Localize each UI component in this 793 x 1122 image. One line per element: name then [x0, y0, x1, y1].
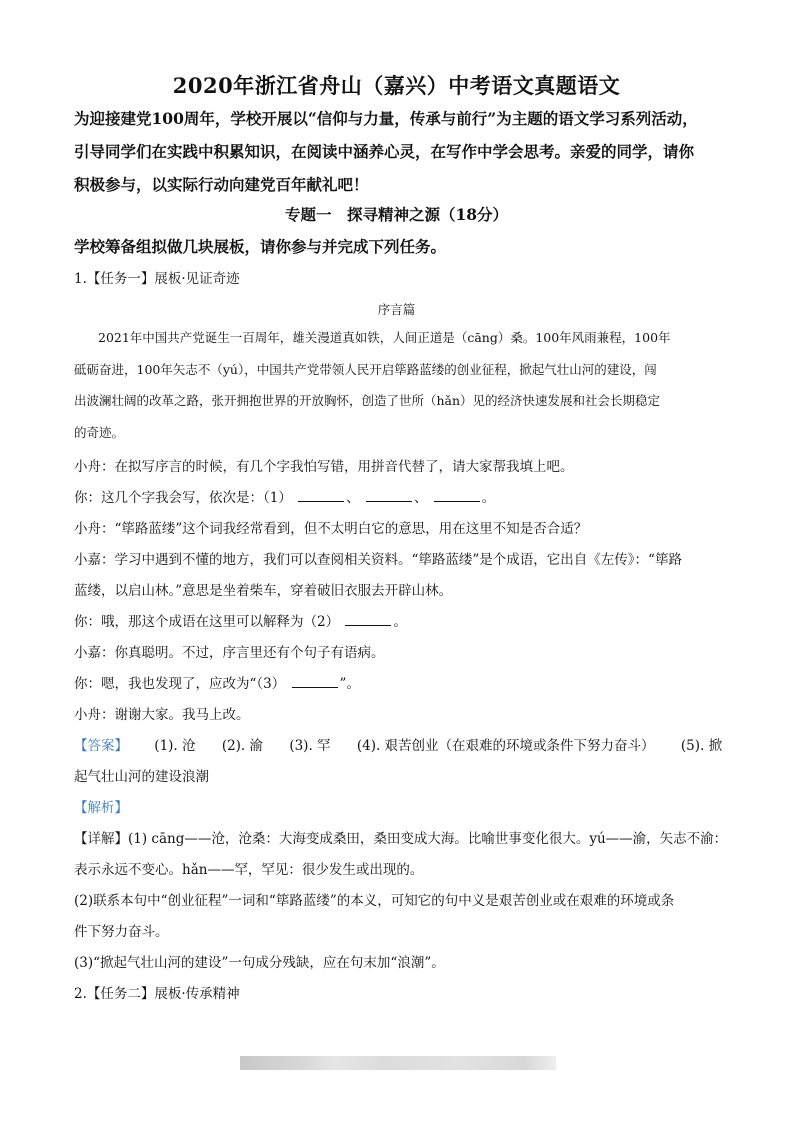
dialogue-prefix: 你：嗯，我也发现了，应改为“（3） [74, 676, 285, 692]
analysis-line-5: (3)“掀起气壮山河的建设”一句成分残缺，应在句末加“浪潮”。 [74, 951, 724, 971]
end-punct: ”。 [340, 676, 360, 692]
document-title: 2020年浙江省舟山（嘉兴）中考语文真题语文 [0, 70, 793, 100]
blank-1a[interactable] [298, 489, 344, 502]
dialogue-line-9: 小舟：谢谢大家。我马上改。 [74, 703, 724, 723]
answer-item-2: (2). 渝 [222, 734, 263, 754]
dialogue-line-6: 你：哦，那这个成语在这里可以解释为（2） 。 [74, 610, 724, 630]
task2-heading: 2.【任务二】展板·传承精神 [74, 982, 724, 1002]
document-page: 2020年浙江省舟山（嘉兴）中考语文真题语文 为迎接建党100周年，学校开展以“… [0, 0, 793, 1122]
blank-1c[interactable] [434, 489, 480, 502]
blank-2[interactable] [345, 613, 391, 626]
task1-heading: 1.【任务一】展板·见证奇迹 [74, 267, 724, 287]
answer-item-3: (3). 罕 [289, 734, 330, 754]
intro-line-1: 为迎接建党100周年，学校开展以“信仰与力量，传承与前行”为主题的语文学习系列活… [74, 107, 724, 129]
dialogue-line-3: 小舟：“筚路蓝缕”这个词我经常看到，但不太明白它的意思，用在这里不知是否合适？ [74, 517, 724, 537]
dialogue-line-2: 你：这几个字我会写，依次是：（1） 、 、 。 [74, 486, 724, 506]
dialogue-line-4: 小嘉：学习中遇到不懂的地方，我们可以查阅相关资料。“筚路蓝缕”是个成语，它出自《… [74, 548, 724, 568]
blank-3[interactable] [292, 675, 338, 688]
answer-label: 【答案】 [74, 738, 128, 754]
preface-line-2: 砥砺奋进，100年矢志不（yú），中国共产党带领人民开启筚路蓝缕的创业征程，掀起… [74, 360, 724, 378]
analysis-label: 【解析】 [74, 796, 724, 816]
section-instruction: 学校筹备组拟做几块展板，请你参与并完成下列任务。 [74, 235, 724, 257]
dialogue-prefix: 你：哦，那这个成语在这里可以解释为（2） [74, 614, 339, 630]
answer-item-5: (5). 掀 [681, 734, 722, 754]
preface-line-1: 2021年中国共产党诞生一百周年，雄关漫道真如铁，人间正道是（cāng）桑。10… [98, 328, 748, 346]
separator: 、 [346, 490, 360, 506]
dialogue-line-1: 小舟：在拟写序言的时候，有几个字我怕写错，用拼音代替了，请大家帮我填上吧。 [74, 455, 724, 475]
dialogue-prefix: 你：这几个字我会写，依次是：（1） [74, 490, 292, 506]
section-heading: 专题一 探寻精神之源（18分） [0, 203, 793, 225]
analysis-line-4: 件下努力奋斗。 [74, 920, 724, 940]
dialogue-line-5: 蓝缕，以启山林。”意思是坐着柴车，穿着破旧衣服去开辟山林。 [74, 579, 724, 599]
preface-line-4: 的奇迹。 [74, 423, 724, 441]
blank-1b[interactable] [366, 489, 412, 502]
answer-continuation: 起气壮山河的建设浪潮 [74, 765, 724, 785]
end-punct: 。 [393, 614, 407, 630]
dialogue-line-7: 小嘉：你真聪明。不过，序言里还有个句子有语病。 [74, 641, 724, 661]
preface-title: 序言篇 [0, 300, 793, 318]
intro-line-2: 引导同学们在实践中积累知识，在阅读中涵养心灵，在写作中学会思考。亲爱的同学，请你 [74, 140, 724, 162]
preface-line-3: 出波澜壮阔的改革之路，张开拥抱世界的开放胸怀，创造了世所（hǎn）见的经济快速发… [74, 391, 724, 409]
answer-line: 【答案】 (1). 沧 (2). 渝 (3). 罕 (4). 艰苦创业（在艰难的… [74, 734, 724, 754]
blurred-watermark [240, 1056, 556, 1070]
intro-line-3: 积极参与，以实际行动向建党百年献礼吧！ [74, 173, 724, 195]
answer-item-1: (1). 沧 [154, 734, 195, 754]
analysis-line-1: 【详解】(1) cāng——沧，沧桑：大海变成桑田，桑田变成大海。比喻世事变化很… [74, 827, 724, 847]
end-punct: 。 [482, 490, 496, 506]
analysis-line-2: 表示永远不变心。hǎn——罕，罕见：很少发生或出现的。 [74, 858, 724, 878]
dialogue-line-8: 你：嗯，我也发现了，应改为“（3） ”。 [74, 672, 724, 692]
answer-item-4: (4). 艰苦创业（在艰难的环境或条件下努力奋斗） [357, 734, 655, 754]
analysis-line-3: (2)联系本句中“创业征程”一词和“筚路蓝缕”的本义，可知它的句中义是艰苦创业或… [74, 889, 724, 909]
separator: 、 [414, 490, 428, 506]
